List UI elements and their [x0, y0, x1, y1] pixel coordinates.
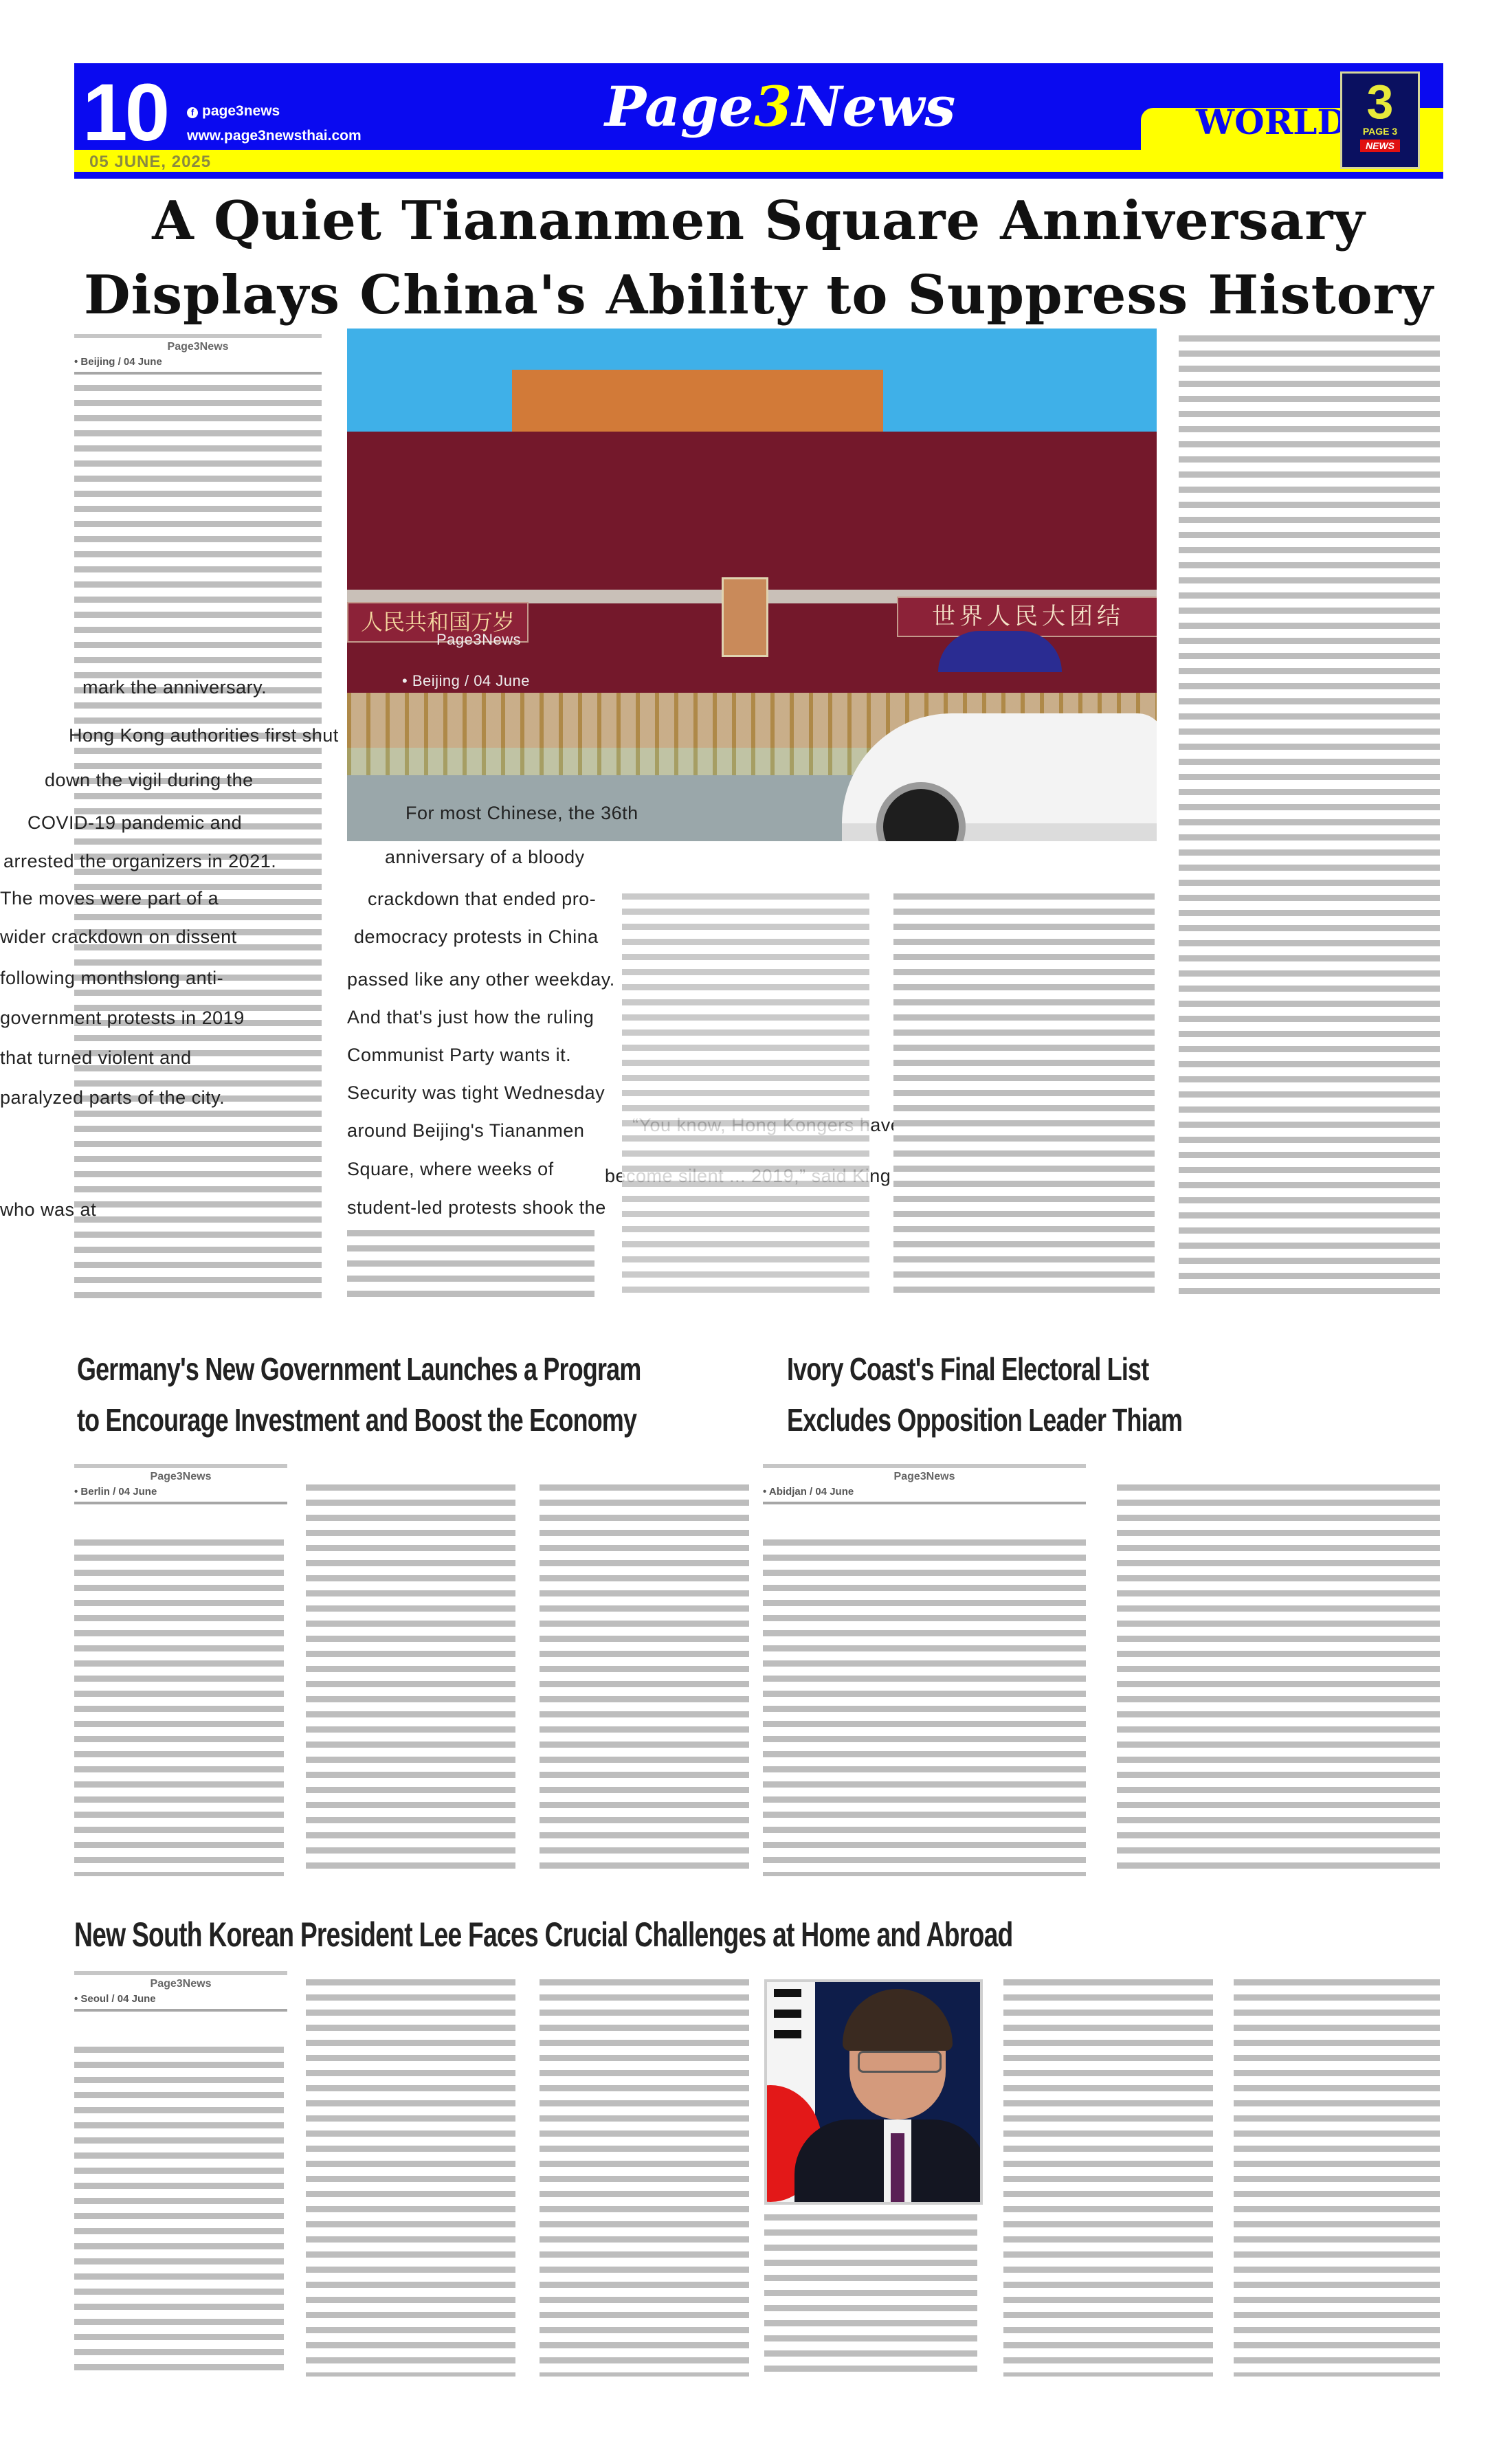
photo-portrait — [722, 577, 768, 657]
text-fragment: COVID-19 pandemic and — [27, 812, 242, 834]
text-fragment: anniversary of a bloody — [385, 847, 585, 868]
ivory-coast-byline: Page3News • Abidjan / 04 June — [763, 1461, 1086, 1504]
ivory-coast-column-2 — [1117, 1484, 1440, 1876]
text-fragment: down the vigil during the — [45, 770, 254, 791]
masthead-divider — [74, 172, 1443, 179]
ivory-coast-column-1 — [763, 1539, 1086, 1876]
text-fragment: paralyzed parts of the city. — [0, 1087, 225, 1109]
issue-date: 05 JUNE, 2025 — [89, 153, 211, 172]
text-fragment: who was at — [0, 1199, 96, 1221]
text-fragment: For most Chinese, the 36th — [405, 803, 638, 824]
facebook-icon: f — [187, 107, 198, 118]
photo-umbrella — [938, 631, 1062, 672]
photo-flag-trigram — [774, 2010, 801, 2018]
brand-badge-icon: 3 PAGE 3 NEWS — [1340, 71, 1420, 169]
logo-suffix: News — [792, 74, 955, 139]
korea-headline: New South Korean President Lee Faces Cru… — [74, 1909, 1013, 1960]
byline-bottom-rule — [74, 372, 322, 375]
byline-bottom-rule — [74, 1502, 287, 1504]
text-fragment: wider crackdown on dissent — [0, 926, 237, 948]
facebook-link[interactable]: fpage3news — [187, 103, 280, 120]
photo-tie — [891, 2133, 904, 2202]
korea-column-4 — [764, 2214, 977, 2377]
text-fragment: mark the anniversary. — [82, 677, 267, 698]
tiananmen-photo: 人民共和国万岁 世界人民大团结 Page3News • Beijing / 04… — [347, 329, 1157, 841]
text-fragment: that turned violent and — [0, 1047, 192, 1069]
byline-source: Page3News — [74, 1471, 287, 1483]
byline-bottom-rule — [74, 2009, 287, 2012]
main-story-column-5 — [1179, 335, 1440, 1299]
ivory-coast-headline: Ivory Coast's Final Electoral List Exclu… — [787, 1344, 1182, 1445]
badge-label: PAGE 3 — [1342, 126, 1418, 137]
byline-location: • Berlin / 04 June — [74, 1486, 287, 1498]
logo-prefix: Page — [605, 74, 754, 139]
text-fragment: crackdown that ended pro- — [368, 889, 596, 910]
text-fragment: government protests in 2019 — [0, 1008, 245, 1029]
byline-source: Page3News — [74, 341, 322, 353]
main-story-column-1 — [74, 385, 322, 1299]
text-fragment: And that's just how the ruling — [347, 1007, 594, 1028]
badge-number: 3 — [1342, 78, 1418, 126]
page-number: 10 — [82, 66, 167, 159]
korea-column-3 — [540, 1979, 749, 2377]
main-story-column-2 — [347, 1230, 594, 1299]
korea-column-6 — [1234, 1979, 1440, 2377]
byline-location: • Seoul / 04 June — [74, 1993, 287, 2005]
text-fragment: Square, where weeks of — [347, 1159, 554, 1180]
korea-byline: Page3News • Seoul / 04 June — [74, 1968, 287, 2012]
byline-source: Page3News — [763, 1471, 1086, 1483]
germany-column-1 — [74, 1539, 284, 1876]
germany-byline: Page3News • Berlin / 04 June — [74, 1461, 287, 1504]
byline-location: • Abidjan / 04 June — [763, 1486, 1086, 1498]
germany-column-3 — [540, 1484, 749, 1876]
text-fragment: Security was tight Wednesday — [347, 1082, 605, 1104]
main-headline-line-2: Displays China's Ability to Suppress His… — [74, 258, 1443, 333]
byline-top-rule — [74, 1971, 287, 1975]
main-headline-line-1: A Quiet Tiananmen Square Anniversary — [74, 184, 1443, 258]
photo-flag-trigram — [774, 1989, 801, 1997]
germany-headline: Germany's New Government Launches a Prog… — [77, 1344, 641, 1445]
germany-headline-line-1: Germany's New Government Launches a Prog… — [77, 1344, 641, 1394]
text-fragment: following monthslong anti- — [0, 968, 223, 989]
byline-top-rule — [74, 1464, 287, 1468]
facebook-handle: page3news — [202, 103, 280, 119]
text-fragment: democracy protests in China — [354, 926, 599, 948]
website-link[interactable]: www.page3newsthai.com — [187, 128, 362, 144]
germany-column-2 — [306, 1484, 515, 1876]
germany-headline-line-2: to Encourage Investment and Boost the Ec… — [77, 1394, 641, 1445]
main-story-byline: Page3News • Beijing / 04 June — [74, 331, 322, 375]
section-label: WORLD — [1196, 102, 1347, 142]
text-fragment: around Beijing's Tiananmen — [347, 1120, 584, 1142]
korea-column-5 — [1003, 1979, 1213, 2377]
masthead-date-strip — [74, 150, 1443, 173]
byline-location: • Beijing / 04 June — [74, 356, 322, 368]
text-fragment: student-led protests shook the — [347, 1197, 606, 1219]
badge-news: NEWS — [1360, 140, 1400, 152]
main-story-column-3 — [622, 893, 869, 1299]
president-lee-photo — [764, 1979, 983, 2205]
photo-hair — [843, 1989, 953, 2051]
ivory-coast-headline-line-1: Ivory Coast's Final Electoral List — [787, 1344, 1182, 1394]
byline-source: Page3News — [74, 1978, 287, 1990]
main-story-column-4 — [893, 893, 1155, 1299]
text-fragment: passed like any other weekday. — [347, 969, 615, 990]
korea-column-2 — [306, 1979, 515, 2377]
byline-top-rule — [74, 334, 322, 338]
text-fragment: The moves were part of a — [0, 888, 219, 909]
photo-flag-trigram — [774, 2030, 801, 2038]
text-fragment: arrested the organizers in 2021. — [3, 851, 276, 872]
text-fragment: Communist Party wants it. — [347, 1045, 571, 1066]
logo-number: 3 — [754, 74, 792, 139]
byline-top-rule — [763, 1464, 1086, 1468]
photo-glasses — [858, 2051, 942, 2073]
ivory-coast-headline-line-2: Excludes Opposition Leader Thiam — [787, 1394, 1182, 1445]
photo-overlay-source: Page3News — [436, 631, 521, 649]
text-fragment: Hong Kong authorities first shut — [69, 725, 339, 746]
main-headline: A Quiet Tiananmen Square Anniversary Dis… — [74, 184, 1443, 333]
korea-column-1 — [74, 2047, 284, 2377]
byline-bottom-rule — [763, 1502, 1086, 1504]
photo-overlay-location: • Beijing / 04 June — [402, 672, 530, 690]
newspaper-logo: Page3News — [605, 74, 955, 139]
